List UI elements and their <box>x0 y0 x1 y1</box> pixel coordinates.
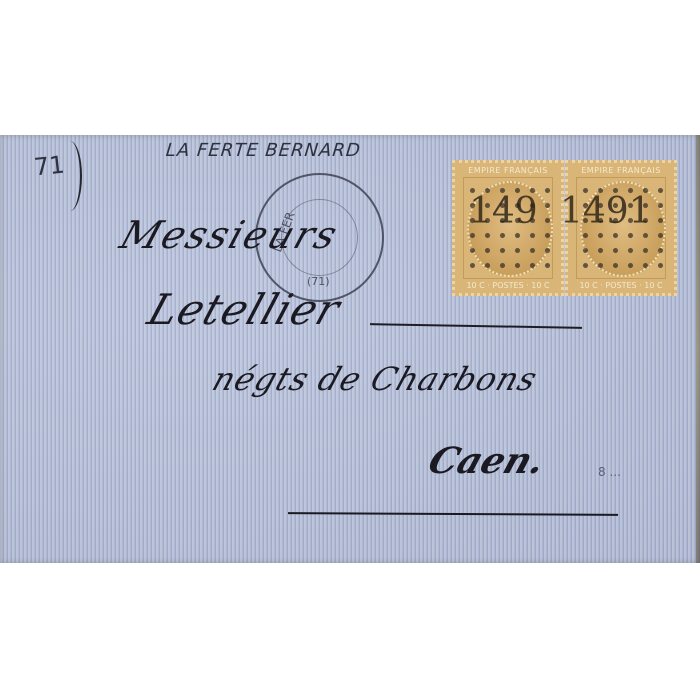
town-name-note: LA FERTE BERNARD <box>165 140 362 161</box>
stamp-header: EMPIRE FRANÇAIS <box>568 166 674 175</box>
stamp: EMPIRE FRANÇAIS 10 C · POSTES · 10 C 149… <box>565 160 677 296</box>
address-occupation: négts de Charbons <box>208 360 543 398</box>
address-underline <box>288 512 618 516</box>
address-city: Caen. <box>423 440 550 482</box>
stamp-footer: 10 C · POSTES · 10 C <box>568 281 674 290</box>
address-name: Letellier <box>142 285 347 334</box>
address-salutation: Messieurs <box>115 213 344 257</box>
name-flourish <box>370 323 582 329</box>
stamp-pair: EMPIRE FRANÇAIS 10 C · POSTES · 10 C 149… <box>452 160 680 298</box>
cancel-number: 149 <box>469 191 538 232</box>
envelope: 71 LA FERTE BERNARD 8 ... LA FER (71) EM… <box>0 135 700 563</box>
cancel-number: 1491 <box>560 191 652 232</box>
stamp-footer: 10 C · POSTES · 10 C <box>455 281 561 290</box>
pencil-parenthesis <box>58 141 82 211</box>
small-pencil-note: 8 ... <box>598 465 621 479</box>
stamp: EMPIRE FRANÇAIS 10 C · POSTES · 10 C 149 <box>452 160 564 296</box>
stamp-header: EMPIRE FRANÇAIS <box>455 166 561 175</box>
